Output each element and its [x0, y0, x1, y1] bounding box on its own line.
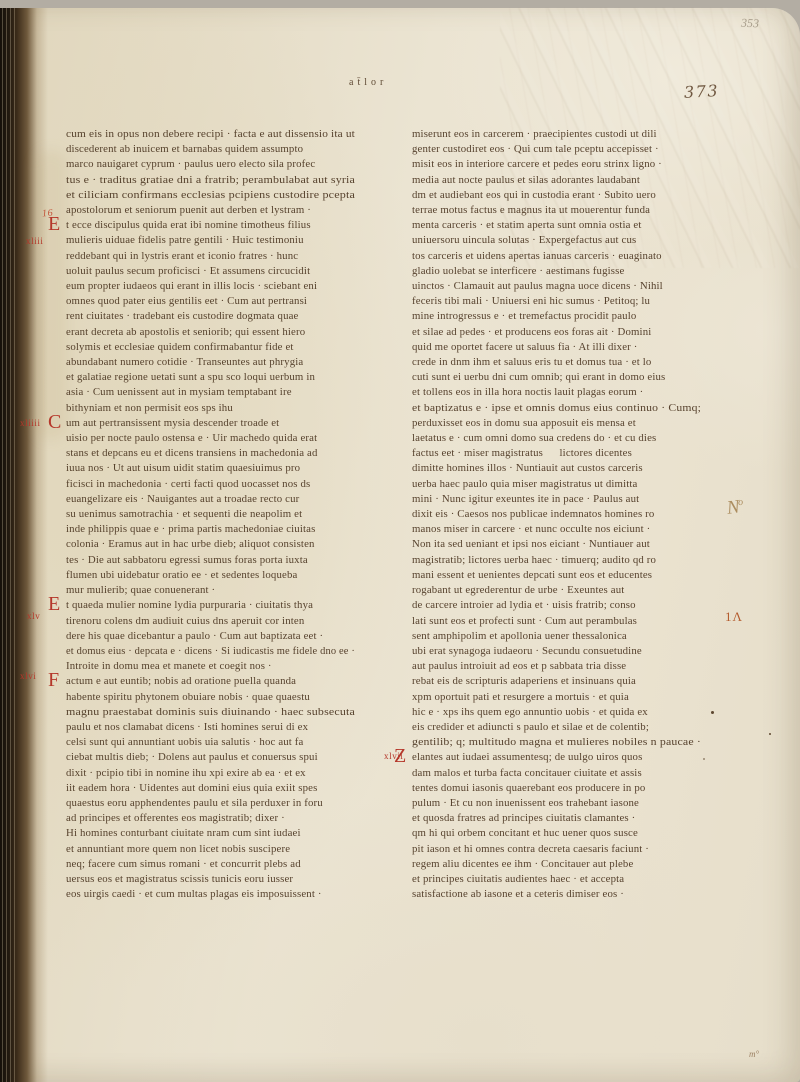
text-line: dimitte homines illos · Nuntiauit aut cu…	[412, 461, 643, 476]
text-line: neq; facere cum simus romani · et concur…	[66, 857, 301, 872]
text-line: cuti sunt ei uerbu dni cum omnib; qui er…	[412, 370, 665, 385]
text-line: et domus eius · depcata e · dicens · Si …	[66, 644, 355, 659]
running-title: at̄lor	[349, 77, 387, 88]
text-line: satisfactione ab iasone et a ceteris dim…	[412, 887, 624, 902]
text-line: et quosda fratres ad principes ciuitatis…	[412, 811, 635, 826]
text-line: eis credider et adiuncti s paulo et sila…	[412, 720, 649, 735]
text-line: eum propter iudaeos qui erant in illis l…	[66, 279, 317, 294]
text-line: rent ciuitates · tradebant eis custodire…	[66, 309, 299, 324]
show-through-stain	[34, 150, 68, 440]
text-line: asia · Cum uenissent aut in mysiam tempt…	[66, 385, 292, 400]
text-line: marco nauigaret cyprum · paulus uero ele…	[66, 157, 315, 172]
text-line: magistratib; lictores uerba haec · timue…	[412, 553, 656, 568]
text-line: menta carceris · et statim aperta sunt o…	[412, 218, 642, 233]
text-line: Non ita sed ueniant et ipsi nos eiciant …	[412, 537, 650, 552]
modern-chapter-17-annotation: 1Λ	[725, 609, 743, 625]
rubricated-initial: Z	[394, 747, 412, 765]
text-line: erant decreta ab apostolis et seniorib; …	[66, 325, 305, 340]
text-line: cum eis in opus non debere recipi · fact…	[66, 127, 355, 142]
text-line: dere his quae dicebantur a paulo · Cum a…	[66, 629, 323, 644]
rubricated-initial: C	[48, 413, 66, 431]
text-line: lati sunt eos et profecti sunt · Cum aut…	[412, 614, 637, 629]
text-line: genter custodiret eos · Qui cum tale pce…	[412, 142, 659, 157]
text-line: t ecce discipulus quida erat ibi nomine …	[66, 218, 311, 233]
text-line: sent amphipolim et apollonia uener thess…	[412, 629, 627, 644]
text-line: reddebant qui in lystris erant et iconio…	[66, 249, 298, 264]
text-line: aut paulus introiuit ad eos et p sabbata…	[412, 659, 626, 674]
text-line: uisio per nocte paulo ostensa e · Uir ma…	[66, 431, 317, 446]
text-line: uerba haec paulo quia miser magistratus …	[412, 477, 637, 492]
text-line: de carcere introier ad lydia et · uisis …	[412, 598, 636, 613]
text-line: uoluit paulus secum proficisci · Et assu…	[66, 264, 310, 279]
text-line: ad principes et offerentes eos magistrat…	[66, 811, 285, 826]
text-line: apostolorum et seniorum puenit aut derbe…	[66, 203, 311, 218]
text-line: mani essent et uenientes depcati sunt eo…	[412, 568, 652, 583]
text-line: mini · Nunc igitur exeuntes ite in pace …	[412, 492, 639, 507]
nota-mark: No	[726, 496, 744, 520]
text-line: et principes ciuitatis audientes haec · …	[412, 872, 624, 887]
text-line: uniuersoru uincula solutas · Expergefact…	[412, 233, 636, 248]
text-line: elantes aut iudaei assumentesq; de uulgo…	[412, 750, 642, 765]
text-line: pulum · Et cu non inuenissent eos traheb…	[412, 796, 639, 811]
text-line: su uenimus samotrachia · et sequenti die…	[66, 507, 302, 522]
text-line: hic e · xps ihs quem ego annuntio uobis …	[412, 705, 648, 720]
rubricated-initial: E	[48, 215, 66, 233]
text-line: tirenoru colens dm audiuit cuius dns ape…	[66, 614, 304, 629]
text-line: eos uirgis caedi · et cum multas plagas …	[66, 887, 322, 902]
ink-speck	[703, 758, 705, 760]
ink-speck	[769, 733, 771, 735]
text-line: factus eet · miser magistratus lictores …	[412, 446, 632, 461]
text-line: miserunt eos in carcerem · praecipientes…	[412, 127, 657, 142]
text-line: et ciliciam confirmans ecclesias pcipien…	[66, 188, 355, 203]
text-line: euangelizare eis · Nauigantes aut a troa…	[66, 492, 299, 507]
text-line: Introite in domu mea et manete et coegit…	[66, 659, 272, 674]
capitulum-number-xliiii: xliiii	[20, 418, 41, 428]
text-line: dm et audiebant eos qui in custodia eran…	[412, 188, 656, 203]
text-line: iit eadem hora · Uidentes aut domini eiu…	[66, 781, 317, 796]
text-line: stans et depcans eu et dicens transiens …	[66, 446, 318, 461]
text-line: ubi erat synagoga iudaeoru · Secundu con…	[412, 644, 642, 659]
text-line: et annuntiant more quem non licet nobis …	[66, 842, 290, 857]
text-line: tos carceris et uidens apertas ianuas ca…	[412, 249, 662, 264]
text-line: media aut nocte paulus et silas adorante…	[412, 173, 640, 188]
text-line: pit iason et hi omnes contra decreta cae…	[412, 842, 649, 857]
text-line: t quaeda mulier nomine lydia purpuraria …	[66, 598, 313, 613]
text-line: dixit · pcipio tibi in nomine ihu xpi ex…	[66, 766, 306, 781]
text-line: quid me oportet facere ut saluus fia · A…	[412, 340, 637, 355]
folio-number: 373	[684, 81, 720, 102]
text-column-left: cum eis in opus non debere recipi · fact…	[66, 127, 355, 902]
ink-speck	[711, 711, 714, 714]
text-line: flumen ubi uidebatur oratio ee · et sede…	[66, 568, 297, 583]
corner-pencil-number: 353	[741, 16, 760, 32]
text-line: um aut pertransissent mysia descender tr…	[66, 416, 279, 431]
text-line: et silae ad pedes · et producens eos for…	[412, 325, 651, 340]
text-line: mur mulierib; quae conuenerant ·	[66, 583, 215, 598]
text-line: xpm oportuit pati et resurgere a mortuis…	[412, 690, 629, 705]
text-line: regem aliu dicentes ee ihm · Concitauer …	[412, 857, 633, 872]
text-line: et baptizatus e · ipse et omnis domus ei…	[412, 401, 701, 416]
text-line: magnu praestabat dominis suis diuinando …	[66, 705, 355, 720]
text-line: celsi sunt qui annuntiant uobis uia salu…	[66, 735, 304, 750]
text-line: bithyniam et non permisit eos sps ihu	[66, 401, 233, 416]
rubricated-initial: E	[48, 595, 66, 613]
text-line: crede in dnm ihm et saluus eris tu et do…	[412, 355, 651, 370]
text-line: Hi homines conturbant ciuitate nram cum …	[66, 826, 301, 841]
text-line: iuua nos · Ut aut uisum uidit statim qua…	[66, 461, 300, 476]
text-line: abundabant numero cotidie · Transeuntes …	[66, 355, 303, 370]
text-line: quaestus eoru apphendentes paulu et sila…	[66, 796, 323, 811]
text-line: solymis et ecclesiae quidem confirmabant…	[66, 340, 294, 355]
text-line: ficisci in machedonia · certi facti quod…	[66, 477, 310, 492]
capitulum-number-xliii: xliii	[26, 236, 44, 246]
text-line: feceris tibi mali · Uniuersi eni hic sum…	[412, 294, 650, 309]
text-column-right: miserunt eos in carcerem · praecipientes…	[412, 127, 701, 902]
text-line: actum e aut euntib; nobis ad oratione pu…	[66, 674, 296, 689]
text-line: tes · Die aut sabbatoru egressi sumus fo…	[66, 553, 308, 568]
text-line: omnes quod pater eius gentilis eet · Cum…	[66, 294, 307, 309]
capitulum-number-xlv: xlv	[27, 611, 40, 621]
text-line: laetatus e · cum omni domo sua credens d…	[412, 431, 656, 446]
text-line: rebat eis de scripturis adaperiens et in…	[412, 674, 636, 689]
manuscript-page: at̄lor 353 373 16 xliii xliiii xlv xlvi …	[0, 0, 800, 1082]
text-line: discederent ab inuicem et barnabas quide…	[66, 142, 303, 157]
bottom-corner-mark: m°	[749, 1049, 759, 1059]
text-line: et galatiae regione uetati sunt a spu sc…	[66, 370, 315, 385]
rubricated-initial: F	[48, 671, 66, 689]
text-line: dam malos et turba facta concitauer ciui…	[412, 766, 642, 781]
text-line: tentes domui iasonis quaerebant eos prod…	[412, 781, 645, 796]
text-line: dixit eis · Caesos nos publicae indemnat…	[412, 507, 654, 522]
text-line: tus e · traditus gratiae dni a fratrib; …	[66, 173, 355, 188]
text-line: misit eos in interiore carcere et pedes …	[412, 157, 662, 172]
text-line: uinctos · Clamauit aut paulus magna uoce…	[412, 279, 663, 294]
text-line: inde philippis quae e · prima partis mac…	[66, 522, 315, 537]
text-line: qm hi qui orbem concitant et huc uener q…	[412, 826, 638, 841]
text-line: habente spiritu phytonem obuiare nobis ·…	[66, 690, 310, 705]
text-line: et tollens eos in illa hora noctis lauit…	[412, 385, 643, 400]
text-line: mulieris uiduae fidelis patre gentili · …	[66, 233, 304, 248]
text-line: gentilib; q; multitudo magna et mulieres…	[412, 735, 701, 750]
text-line: uersus eos et magistratus scissis tunici…	[66, 872, 293, 887]
text-line: gladio uolebat se interficere · aestiman…	[412, 264, 624, 279]
text-line: mine introgressus e · et tremefactus pro…	[412, 309, 636, 324]
text-line: terrae motus factus e magnus ita ut moue…	[412, 203, 650, 218]
text-line: rogabant ut egrederentur de urbe · Exeun…	[412, 583, 624, 598]
capitulum-number-xlvi: xlvi	[20, 671, 36, 681]
text-line: colonia · Eramus aut in hac urbe dieb; a…	[66, 537, 315, 552]
text-line: perduxisset eos in domu sua apposuit eis…	[412, 416, 636, 431]
text-line: ciebat multis dieb; · Dolens aut paulus …	[66, 750, 318, 765]
text-line: paulu et nos clamabat dicens · Isti homi…	[66, 720, 308, 735]
text-line: manos miser in carcere · et nunc occulte…	[412, 522, 650, 537]
